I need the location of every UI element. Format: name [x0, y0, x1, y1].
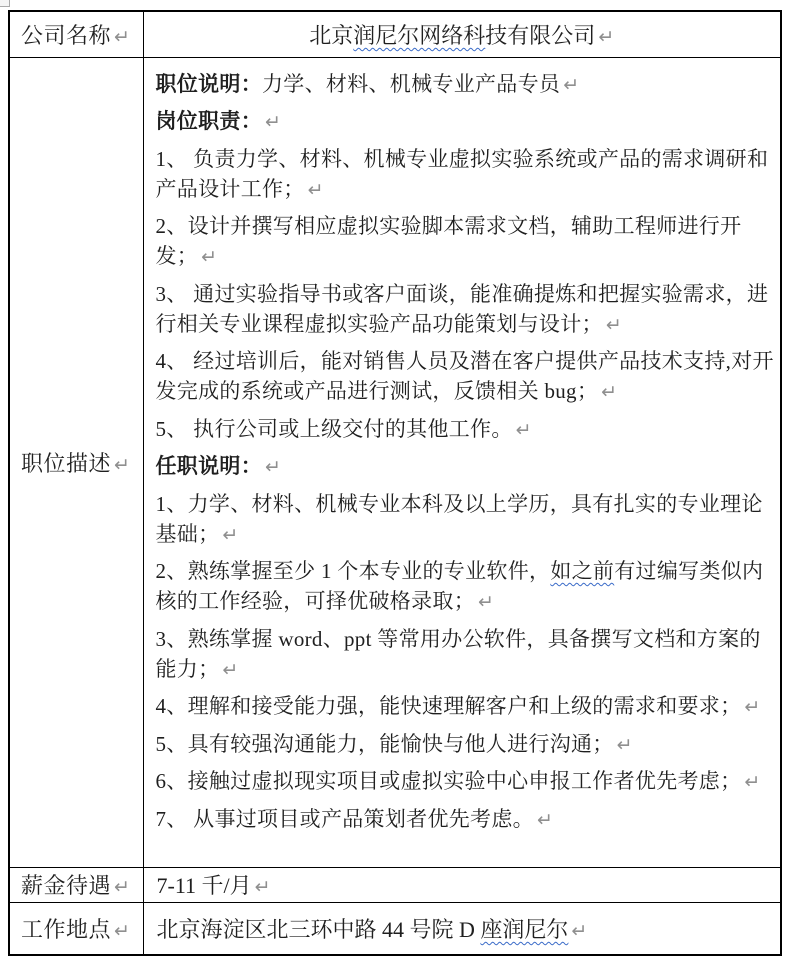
company-name-text: 北京	[309, 23, 353, 48]
paragraph-requirement-4[interactable]: 4、理解和接受能力强，能快速理解客户和上级的需求和要求；↵	[156, 691, 775, 722]
paragraph-mark: ↵	[201, 246, 217, 268]
paragraph-text: 2、设计并撰写相应虚拟实验脚本需求文档，辅助工程师进行开发；	[156, 214, 742, 268]
spellcheck-wavy-text: 座润尼尔	[480, 917, 568, 942]
description-label-cell[interactable]: 职位描述↵	[9, 57, 143, 867]
table-move-handle-icon[interactable]	[0, 0, 10, 7]
paragraph-requirements-heading[interactable]: 任职说明：↵	[156, 451, 775, 482]
paragraph-text: 7、 从事过项目或产品策划者优先考虑。	[156, 807, 534, 831]
company-value-cell[interactable]: 北京润尼尔网络科技有限公司↵	[143, 11, 781, 57]
paragraph-requirement-6[interactable]: 6、接触过虚拟现实项目或虚拟实验中心申报工作者优先考虑；↵	[156, 766, 775, 797]
row-label: 职位描述	[21, 451, 111, 476]
paragraph-text: 6、接触过虚拟现实项目或虚拟实验中心申报工作者优先考虑；	[156, 769, 742, 793]
table-row-salary: 薪金待遇↵ 7-11 千/月↵	[9, 867, 781, 902]
paragraph-mark: ↵	[478, 591, 494, 613]
salary-text: 7-11 千/月	[157, 873, 252, 898]
paragraph-mark: ↵	[606, 314, 622, 336]
paragraph-requirement-3[interactable]: 3、熟练掌握 word、ppt 等常用办公软件，具备撰写文档和方案的能力；↵	[156, 624, 775, 685]
paragraph-mark: ↵	[308, 179, 324, 201]
paragraph-requirement-1[interactable]: 1、力学、材料、机械专业本科及以上学历，具有扎实的专业理论基础；↵	[156, 489, 775, 550]
location-value-cell[interactable]: 北京海淀区北三环中路 44 号院 D 座润尼尔↵	[143, 902, 781, 955]
paragraph-mark: ↵	[222, 524, 238, 546]
paragraph-requirement-7[interactable]: 7、 从事过项目或产品策划者优先考虑。↵	[156, 804, 775, 835]
paragraph-text: 4、 经过培训后，能对销售人员及潜在客户提供产品技术支持,对开发完成的系统或产品…	[156, 349, 774, 403]
paragraph-text: 3、 通过实验指导书或客户面谈，能准确提炼和把握实验需求，进行相关专业课程虚拟实…	[156, 282, 769, 336]
paragraph-requirement-5[interactable]: 5、具有较强沟通能力，能愉快与他人进行沟通；↵	[156, 729, 775, 760]
company-name-text: 技有限公司	[485, 23, 595, 48]
paragraph-mark: ↵	[744, 771, 760, 793]
section-heading: 任职说明：	[156, 454, 263, 478]
paragraph-mark: ↵	[598, 26, 614, 48]
paragraph-text: 5、 执行公司或上级交付的其他工作。	[156, 417, 513, 441]
paragraph-requirement-2[interactable]: 2、熟练掌握至少 1 个本专业的专业软件，如之前有过编写类似内核的工作经验，可择…	[156, 556, 775, 617]
paragraph-mark: ↵	[617, 734, 633, 756]
paragraph-mark: ↵	[114, 26, 130, 48]
salary-value-cell[interactable]: 7-11 千/月↵	[143, 867, 781, 902]
paragraph-mark: ↵	[222, 659, 238, 681]
paragraph-text: 1、力学、材料、机械专业本科及以上学历，具有扎实的专业理论基础；	[156, 492, 763, 546]
table-row-company: 公司名称↵ 北京润尼尔网络科技有限公司↵	[9, 11, 781, 57]
paragraph-job-title[interactable]: 职位说明：力学、材料、机械专业产品专员↵	[156, 69, 775, 100]
paragraph-mark: ↵	[265, 111, 281, 133]
section-heading: 岗位职责：	[156, 109, 263, 133]
table-row-description: 职位描述↵ 职位说明：力学、材料、机械专业产品专员↵ 岗位职责：↵ 1、 负责力…	[9, 57, 781, 867]
paragraph-duty-5[interactable]: 5、 执行公司或上级交付的其他工作。↵	[156, 414, 775, 445]
paragraph-text: 1、 负责力学、材料、机械专业虚拟实验系统或产品的需求调研和产品设计工作；	[156, 147, 769, 201]
description-value-cell[interactable]: 职位说明：力学、材料、机械专业产品专员↵ 岗位职责：↵ 1、 负责力学、材料、机…	[143, 57, 781, 867]
paragraph-mark: ↵	[537, 809, 553, 831]
company-label-cell[interactable]: 公司名称↵	[9, 11, 143, 57]
paragraph-text: 5、具有较强沟通能力，能愉快与他人进行沟通；	[156, 732, 614, 756]
salary-label-cell[interactable]: 薪金待遇↵	[9, 867, 143, 902]
paragraph-duty-2[interactable]: 2、设计并撰写相应虚拟实验脚本需求文档，辅助工程师进行开发；↵	[156, 211, 775, 272]
paragraph-mark: ↵	[114, 876, 130, 898]
paragraph-text: 2、熟练掌握至少 1 个本专业的专业软件，	[156, 559, 551, 583]
spellcheck-wavy-text: 如之前	[550, 559, 614, 583]
paragraph-mark: ↵	[744, 696, 760, 718]
row-label: 工作地点	[21, 917, 111, 942]
word-document-page: 公司名称↵ 北京润尼尔网络科技有限公司↵ 职位描述↵ 职位说明：力学、材料、机械…	[0, 0, 790, 960]
paragraph-duties-heading[interactable]: 岗位职责：↵	[156, 106, 775, 137]
spellcheck-wavy-text: 润尼尔网络科	[353, 23, 485, 48]
row-label: 公司名称	[21, 23, 111, 48]
paragraph-text: 力学、材料、机械专业产品专员	[262, 72, 560, 96]
paragraph-duty-1[interactable]: 1、 负责力学、材料、机械专业虚拟实验系统或产品的需求调研和产品设计工作；↵	[156, 144, 775, 205]
paragraph-mark: ↵	[571, 920, 587, 942]
description-content: 职位说明：力学、材料、机械专业产品专员↵ 岗位职责：↵ 1、 负责力学、材料、机…	[144, 59, 781, 865]
paragraph-mark: ↵	[601, 381, 617, 403]
paragraph-duty-4[interactable]: 4、 经过培训后，能对销售人员及潜在客户提供产品技术支持,对开发完成的系统或产品…	[156, 346, 775, 407]
location-label-cell[interactable]: 工作地点↵	[9, 902, 143, 955]
paragraph-duty-3[interactable]: 3、 通过实验指导书或客户面谈，能准确提炼和把握实验需求，进行相关专业课程虚拟实…	[156, 279, 775, 340]
location-text: 北京海淀区北三环中路 44 号院 D	[157, 917, 481, 942]
paragraph-text: 4、理解和接受能力强，能快速理解客户和上级的需求和要求；	[156, 694, 742, 718]
row-label: 薪金待遇	[21, 873, 111, 898]
paragraph-mark: ↵	[255, 876, 271, 898]
paragraph-text: 3、熟练掌握 word、ppt 等常用办公软件，具备撰写文档和方案的能力；	[156, 627, 761, 681]
table-row-location: 工作地点↵ 北京海淀区北三环中路 44 号院 D 座润尼尔↵	[9, 902, 781, 955]
paragraph-mark: ↵	[265, 456, 281, 478]
section-heading: 职位说明：	[156, 72, 263, 96]
paragraph-mark: ↵	[114, 454, 130, 476]
paragraph-mark: ↵	[516, 419, 532, 441]
paragraph-mark: ↵	[114, 920, 130, 942]
paragraph-mark: ↵	[563, 74, 579, 96]
job-posting-table: 公司名称↵ 北京润尼尔网络科技有限公司↵ 职位描述↵ 职位说明：力学、材料、机械…	[8, 10, 782, 956]
